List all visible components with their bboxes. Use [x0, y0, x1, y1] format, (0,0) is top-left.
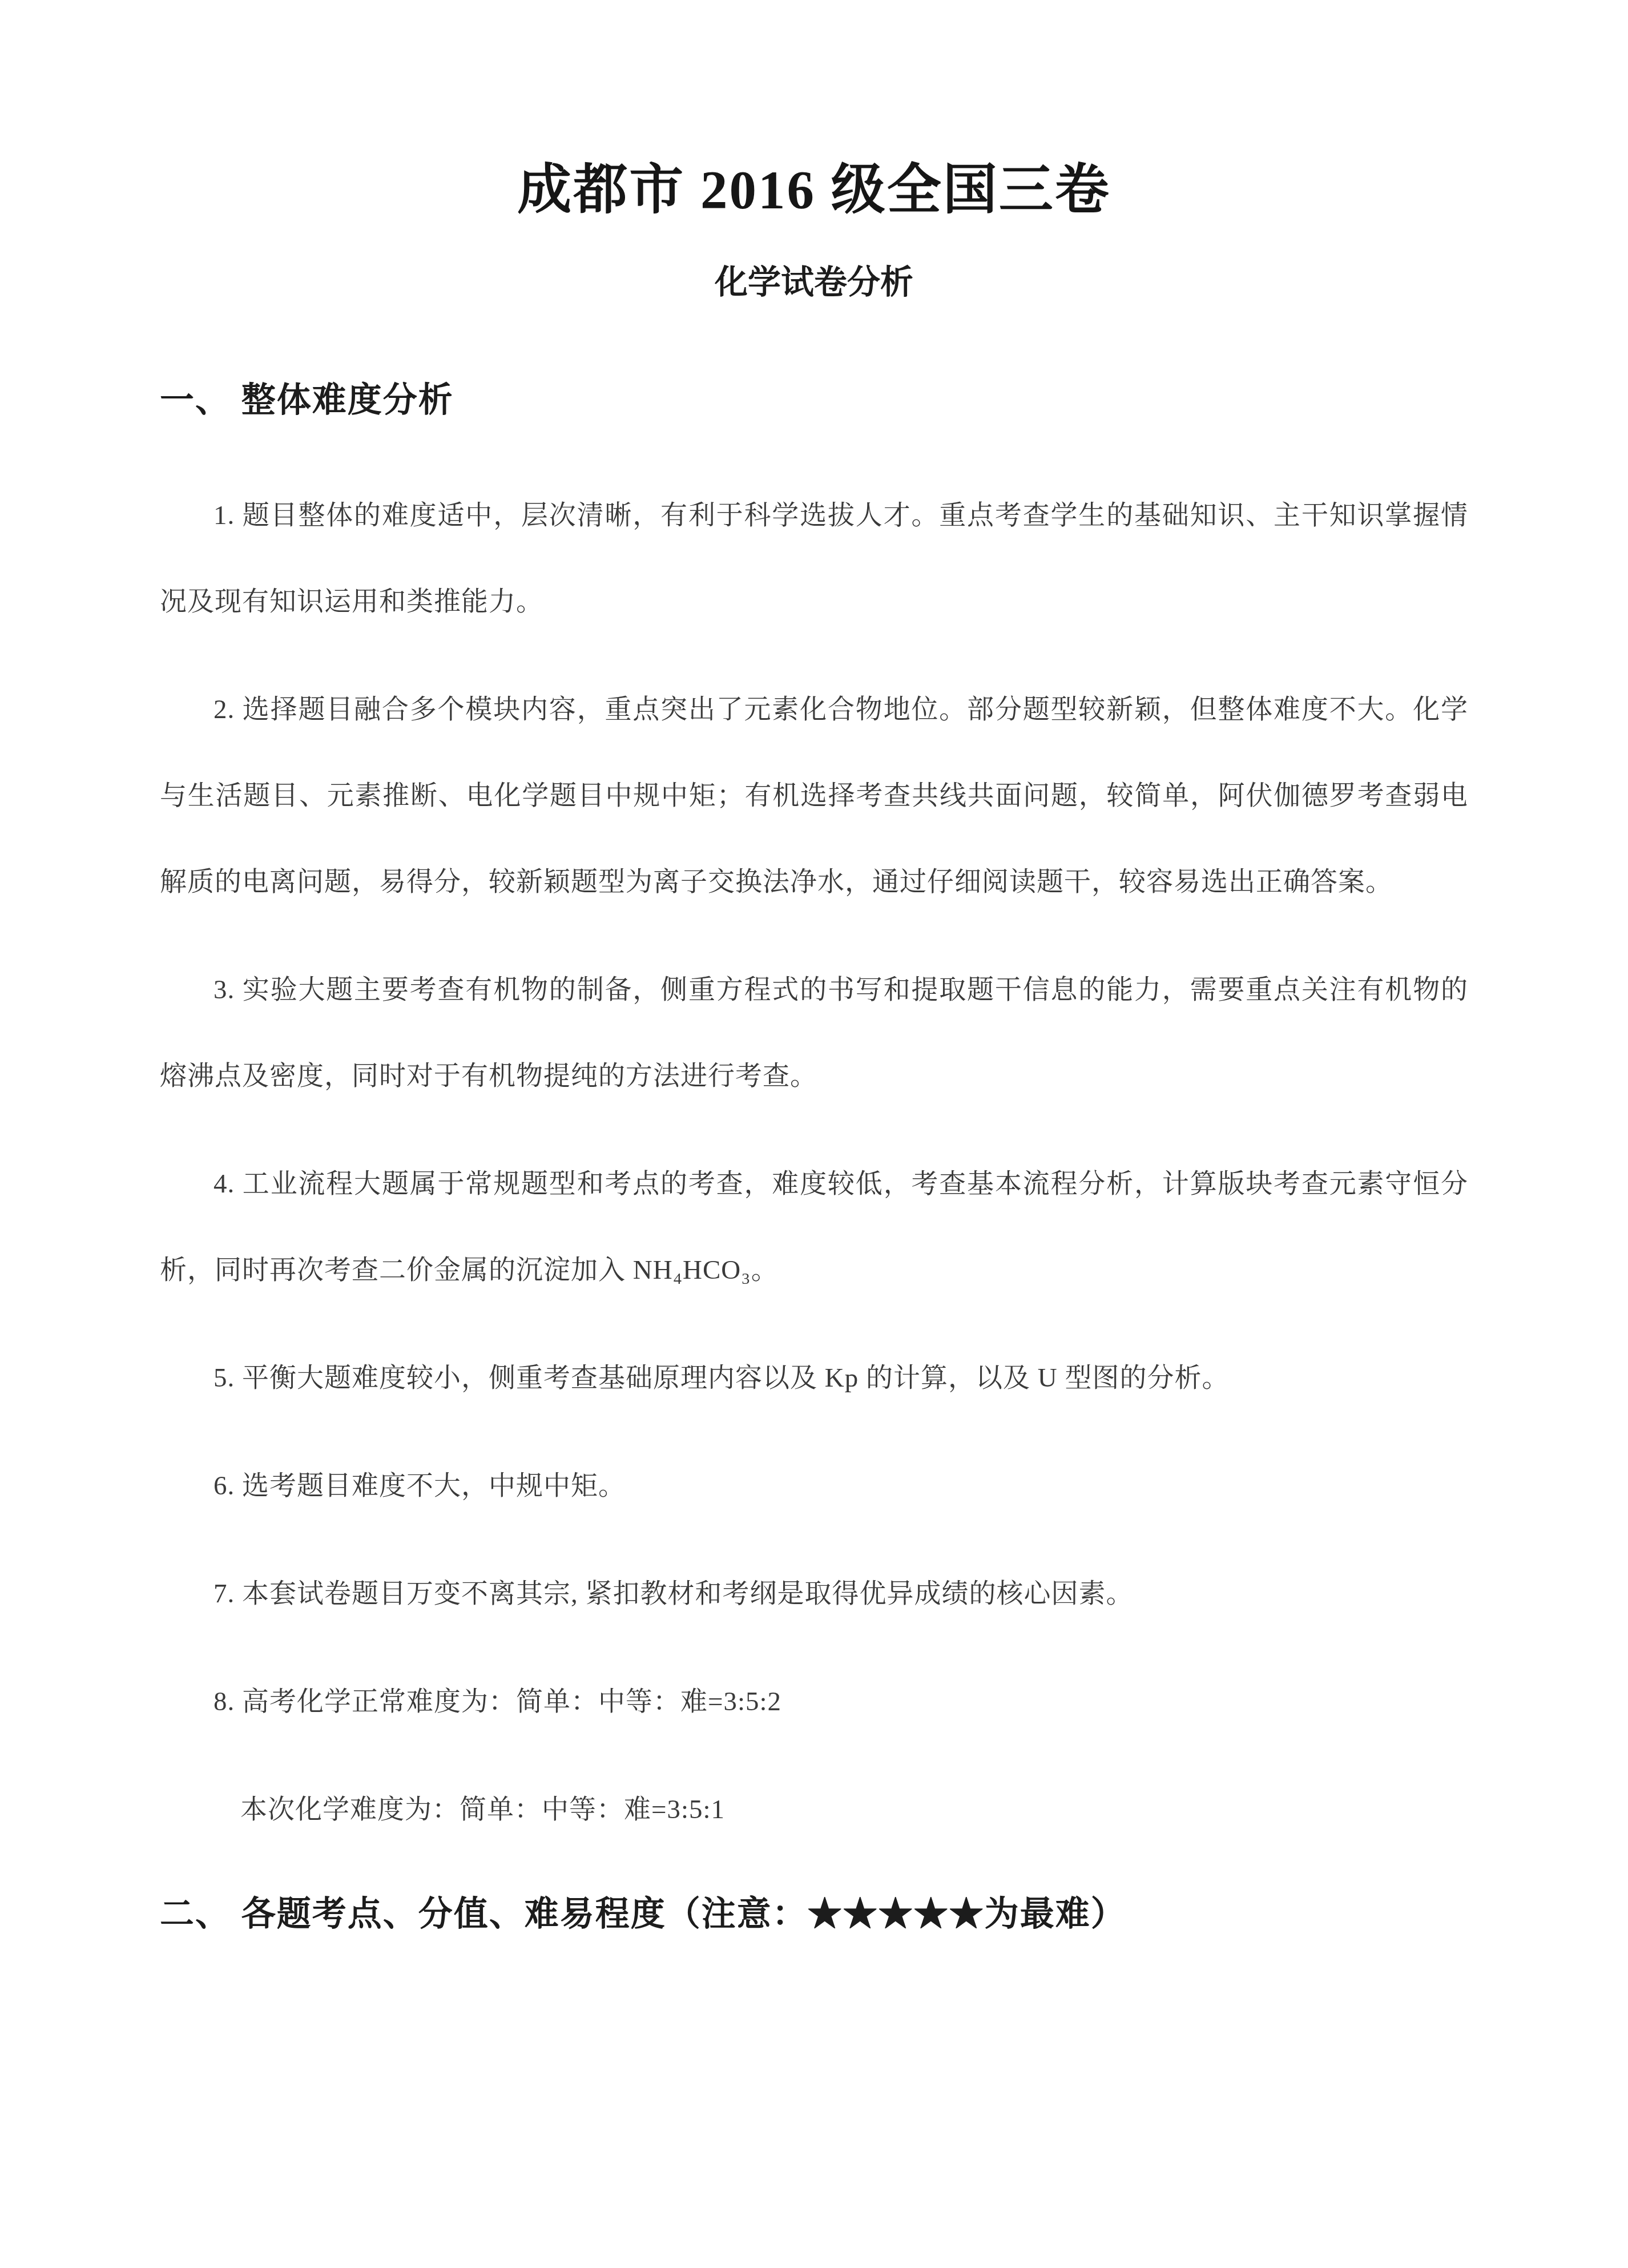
analysis-point-7: 7. 本套试卷题目万变不离其宗, 紧扣教材和考纲是取得优异成绩的核心因素。	[160, 1551, 1468, 1637]
difficulty-note: 本次化学难度为：简单：中等：难=3:5:1	[160, 1767, 1468, 1853]
section-1-heading: 一、 整体难度分析	[160, 378, 1468, 422]
document-title: 成都市 2016 级全国三卷	[160, 153, 1468, 227]
analysis-point-3: 3. 实验大题主要考查有机物的制备，侧重方程式的书写和提取题干信息的能力，需要重…	[160, 947, 1468, 1119]
analysis-point-4: 4. 工业流程大题属于常规题型和考点的考查，难度较低，考查基本流程分析，计算版块…	[160, 1141, 1468, 1314]
analysis-point-2: 2. 选择题目融合多个模块内容，重点突出了元素化合物地位。部分题型较新颖，但整体…	[160, 667, 1468, 925]
analysis-point-5: 5. 平衡大题难度较小，侧重考查基础原理内容以及 Kp 的计算，以及 U 型图的…	[160, 1335, 1468, 1421]
document-page: 成都市 2016 级全国三卷 化学试卷分析 一、 整体难度分析 1. 题目整体的…	[0, 0, 1628, 2268]
document-subtitle: 化学试卷分析	[160, 263, 1468, 303]
section-2-heading: 二、 各题考点、分值、难易程度（注意：★★★★★为最难）	[160, 1892, 1468, 1936]
analysis-point-8: 8. 高考化学正常难度为：简单：中等：难=3:5:2	[160, 1659, 1468, 1745]
page-content: 成都市 2016 级全国三卷 化学试卷分析 一、 整体难度分析 1. 题目整体的…	[0, 0, 1628, 1936]
analysis-point-6: 6. 选考题目难度不大，中规中矩。	[160, 1443, 1468, 1529]
analysis-point-1: 1. 题目整体的难度适中，层次清晰，有利于科学选拔人才。重点考查学生的基础知识、…	[160, 473, 1468, 645]
